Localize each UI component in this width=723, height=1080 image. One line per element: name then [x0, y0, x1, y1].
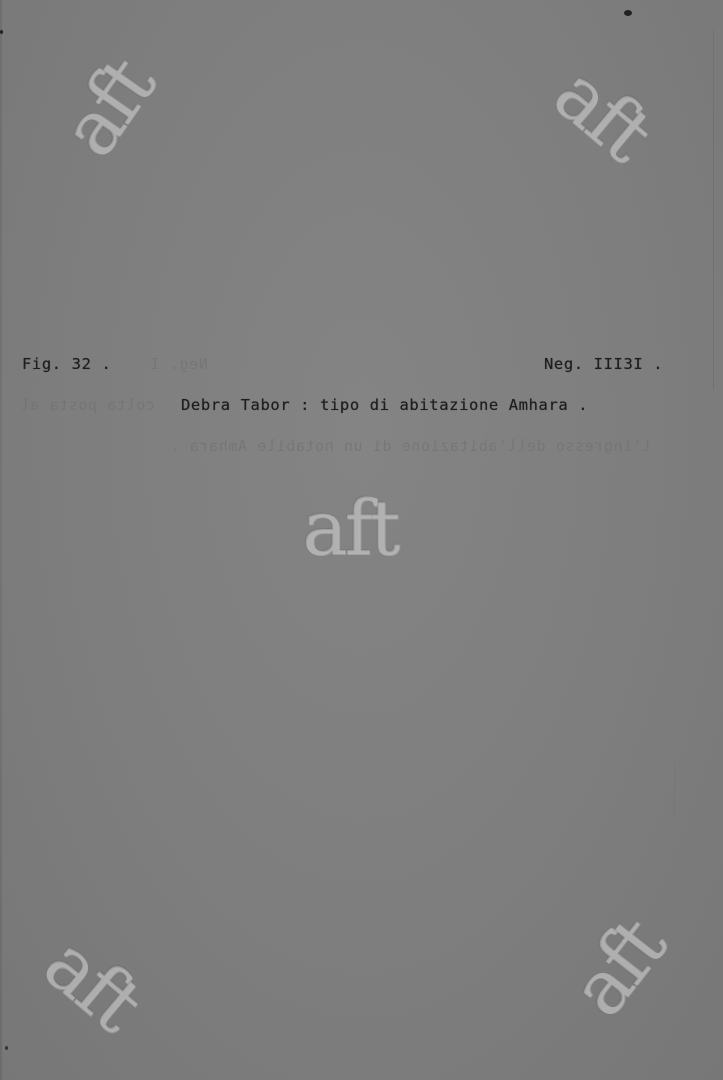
watermark-bottom-left: aft [32, 923, 154, 1042]
scanned-page: Neg. I colta posta al l'ingresso dell'ab… [0, 0, 723, 1080]
watermark-center: aft [302, 490, 397, 566]
show-through-text: Neg. I [150, 355, 208, 373]
ink-speck [0, 30, 3, 34]
show-through-text: colta posta al [20, 396, 155, 414]
photo-caption: Debra Tabor : tipo di abitazione Amhara … [181, 396, 588, 414]
show-through-text: l'ingresso dell'abitazione di un notabil… [170, 437, 652, 455]
watermark-top-left: aft [49, 47, 166, 168]
paper-crease [674, 760, 675, 820]
page-left-edge [0, 0, 2, 1080]
negative-number: Neg. III3I . [544, 355, 663, 373]
ink-speck [5, 1046, 8, 1050]
page-right-edge [713, 30, 714, 390]
ink-speck [624, 10, 632, 16]
watermark-bottom-right: aft [558, 907, 676, 1029]
watermark-top-right: aft [542, 53, 664, 172]
figure-number: Fig. 32 . [22, 355, 111, 373]
